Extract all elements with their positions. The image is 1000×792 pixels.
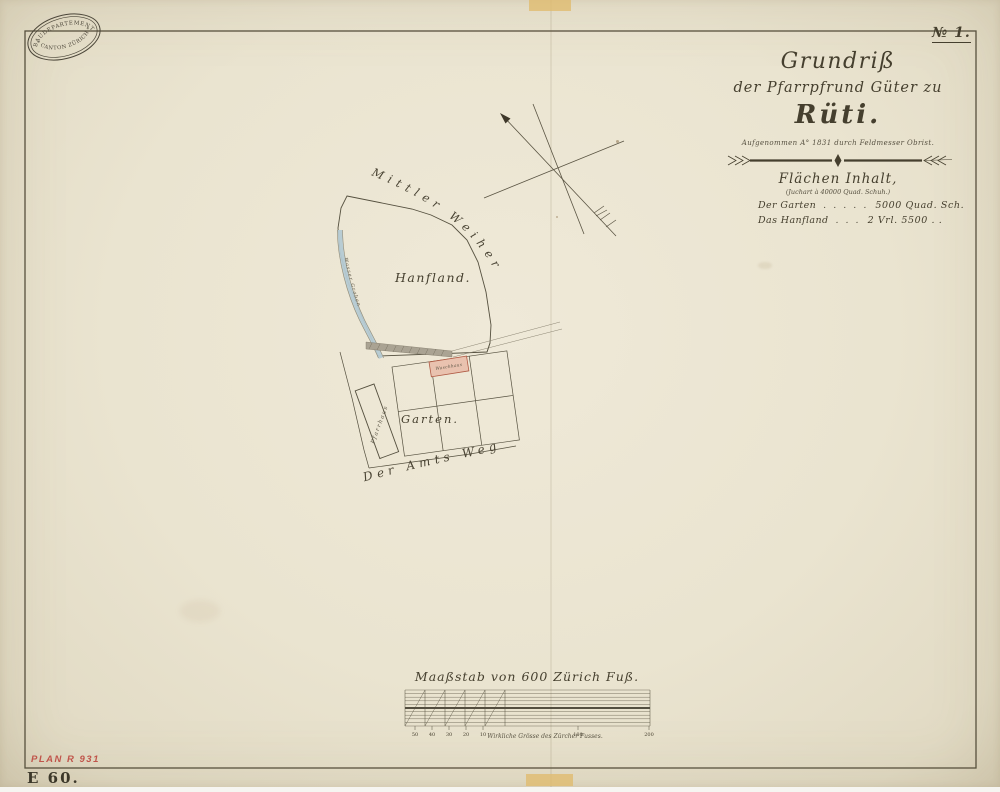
- scale-title: Maaßstab von 600 Zürich Fuß.: [415, 669, 639, 684]
- svg-text:∗ CANTON ZÜRICH ∗: ∗ CANTON ZÜRICH ∗: [35, 25, 96, 58]
- title-line1: Grundriß: [781, 49, 896, 74]
- scale-caption: Wirkliche Grösse des Zürcher Fusses.: [487, 733, 602, 740]
- scale-tick: 30: [446, 732, 452, 738]
- area-table-heading: Flächen Inhalt,: [779, 171, 898, 187]
- paper-stain: [758, 262, 772, 269]
- scale-tick: 50: [412, 732, 418, 738]
- parcel-hanfland-label: Hanfland.: [395, 270, 471, 285]
- area-table-unit-note: (Juchart à 40000 Quad. Schuh.): [786, 188, 890, 196]
- adjacent-field-label: Mittler Weiher: [369, 165, 506, 275]
- scale-tick: 40: [429, 732, 435, 738]
- sheet-number: № 1.: [932, 25, 971, 43]
- parcel-garden-label: Garten.: [401, 412, 459, 426]
- survey-note: Aufgenommen A° 1831 durch Feldmesser Obr…: [742, 139, 935, 147]
- compass-rose: [484, 104, 624, 236]
- title-line3: Rüti.: [795, 100, 881, 130]
- title-line2: der Pfarrpfrund Güter zu: [733, 80, 942, 96]
- area-row: Das Hanfland. . .2 Vrl. 5500 . .: [758, 215, 942, 226]
- plan-sheet: BAUDEPARTEMENT ∗ CANTON ZÜRICH ∗: [0, 0, 1000, 787]
- svg-text:Der Amts Weg: Der Amts Weg: [361, 438, 503, 485]
- scale-tick: 200: [644, 732, 654, 738]
- paper-speck: [556, 216, 558, 218]
- scale-tick: 20: [463, 732, 469, 738]
- tape-mark-top: [529, 0, 571, 11]
- building-parsonage: [355, 384, 398, 458]
- stamp-text-bottom: ∗ CANTON ZÜRICH ∗: [35, 25, 96, 58]
- area-row-label: Das Hanfland: [758, 215, 828, 226]
- building-washhouse: Waschhaus: [429, 356, 469, 377]
- parsonage-label: Pfarrhaus: [370, 405, 390, 446]
- road-label: Der Amts Weg: [361, 438, 503, 485]
- plan-number-annotation: PLAN R 931: [31, 754, 100, 765]
- tape-mark-bottom: [526, 774, 573, 786]
- area-row-value: 5000 Quad. Sch.: [875, 200, 964, 211]
- svg-text:Mittler Weiher: Mittler Weiher: [369, 165, 506, 275]
- paper-speck: [616, 140, 619, 143]
- paper-stain: [180, 600, 220, 622]
- stream: [340, 230, 381, 358]
- dot-leader: . . . . .: [823, 200, 868, 211]
- area-row-label: Der Garten: [758, 200, 816, 211]
- scale-bar: 50 40 30 20 10 100 200: [405, 690, 654, 738]
- title-divider: [728, 154, 952, 167]
- scale-tick: 10: [480, 732, 486, 738]
- area-row-value: 2 Vrl. 5500 . .: [868, 215, 943, 226]
- road: [366, 322, 562, 357]
- archive-stamp: BAUDEPARTEMENT ∗ CANTON ZÜRICH ∗: [23, 6, 106, 68]
- shelf-mark: E 60.: [27, 769, 80, 787]
- area-row: Der Garten. . . . .5000 Quad. Sch.: [758, 200, 964, 211]
- dot-leader: . . .: [835, 215, 860, 226]
